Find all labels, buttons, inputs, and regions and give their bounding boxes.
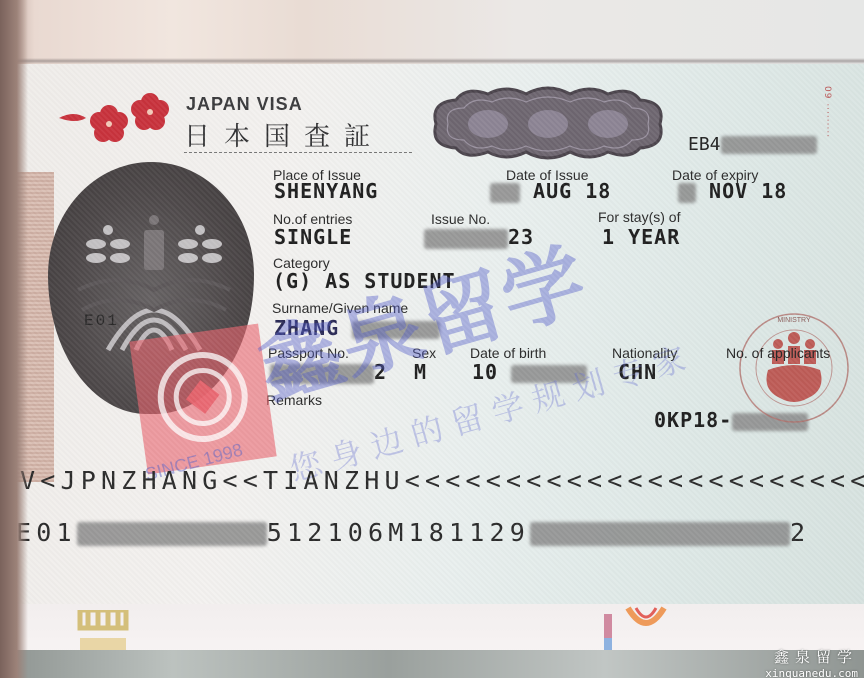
site-watermark-url: xinquanedu.com <box>765 667 858 678</box>
date-of-expiry-value: NOV 18 <box>678 179 787 203</box>
mrz-line-2: E01512106M1811292 <box>16 518 810 547</box>
visa-number: EB4 <box>688 134 817 155</box>
no-of-applicants-label: No. of applicants <box>726 345 830 361</box>
date-of-issue-value: AUG 18 <box>490 179 611 203</box>
for-stay-label: For stay(s) of <box>598 209 680 225</box>
lower-passport-page <box>0 604 864 654</box>
no-of-entries-value: SINGLE <box>274 225 352 249</box>
side-microtext: 09 ········· <box>822 86 832 138</box>
svg-text:MINISTRY: MINISTRY <box>777 317 811 324</box>
site-watermark-brand: 鑫泉留学 <box>765 646 858 667</box>
place-of-issue-value: SHENYANG <box>274 179 378 203</box>
visa-sticker: JAPAN VISA 日本国査証 EB4 09 ········· E01 Pl… <box>14 64 864 604</box>
page-color-strip <box>604 614 612 654</box>
redaction-blur <box>77 522 267 546</box>
redaction-blur <box>530 522 790 546</box>
page-ornament-icon <box>624 604 668 634</box>
cherry-blossom-icon <box>54 88 184 148</box>
redaction-blur <box>721 136 817 154</box>
redaction-blur <box>490 183 520 203</box>
redaction-blur <box>678 183 696 203</box>
ministry-seal-icon: MINISTRY <box>736 310 852 426</box>
table-surface <box>0 650 864 678</box>
photo-overprint: E01 <box>84 312 119 330</box>
upper-passport-page <box>0 0 864 66</box>
visa-title-japanese: 日本国査証 <box>184 116 384 153</box>
page-decoration-icon <box>76 610 130 650</box>
for-stay-value: 1 YEAR <box>602 225 680 249</box>
visa-title: JAPAN VISA <box>186 94 303 115</box>
hologram-guilloche <box>426 84 670 162</box>
passport-spine-shadow <box>0 0 28 678</box>
site-watermark: 鑫泉留学 xinquanedu.com <box>765 646 858 678</box>
mrz-line-1: V<JPNZHANG<<TIANZHU<<<<<<<<<<<<<<<<<<<<<… <box>20 466 864 495</box>
title-divider <box>184 152 412 154</box>
